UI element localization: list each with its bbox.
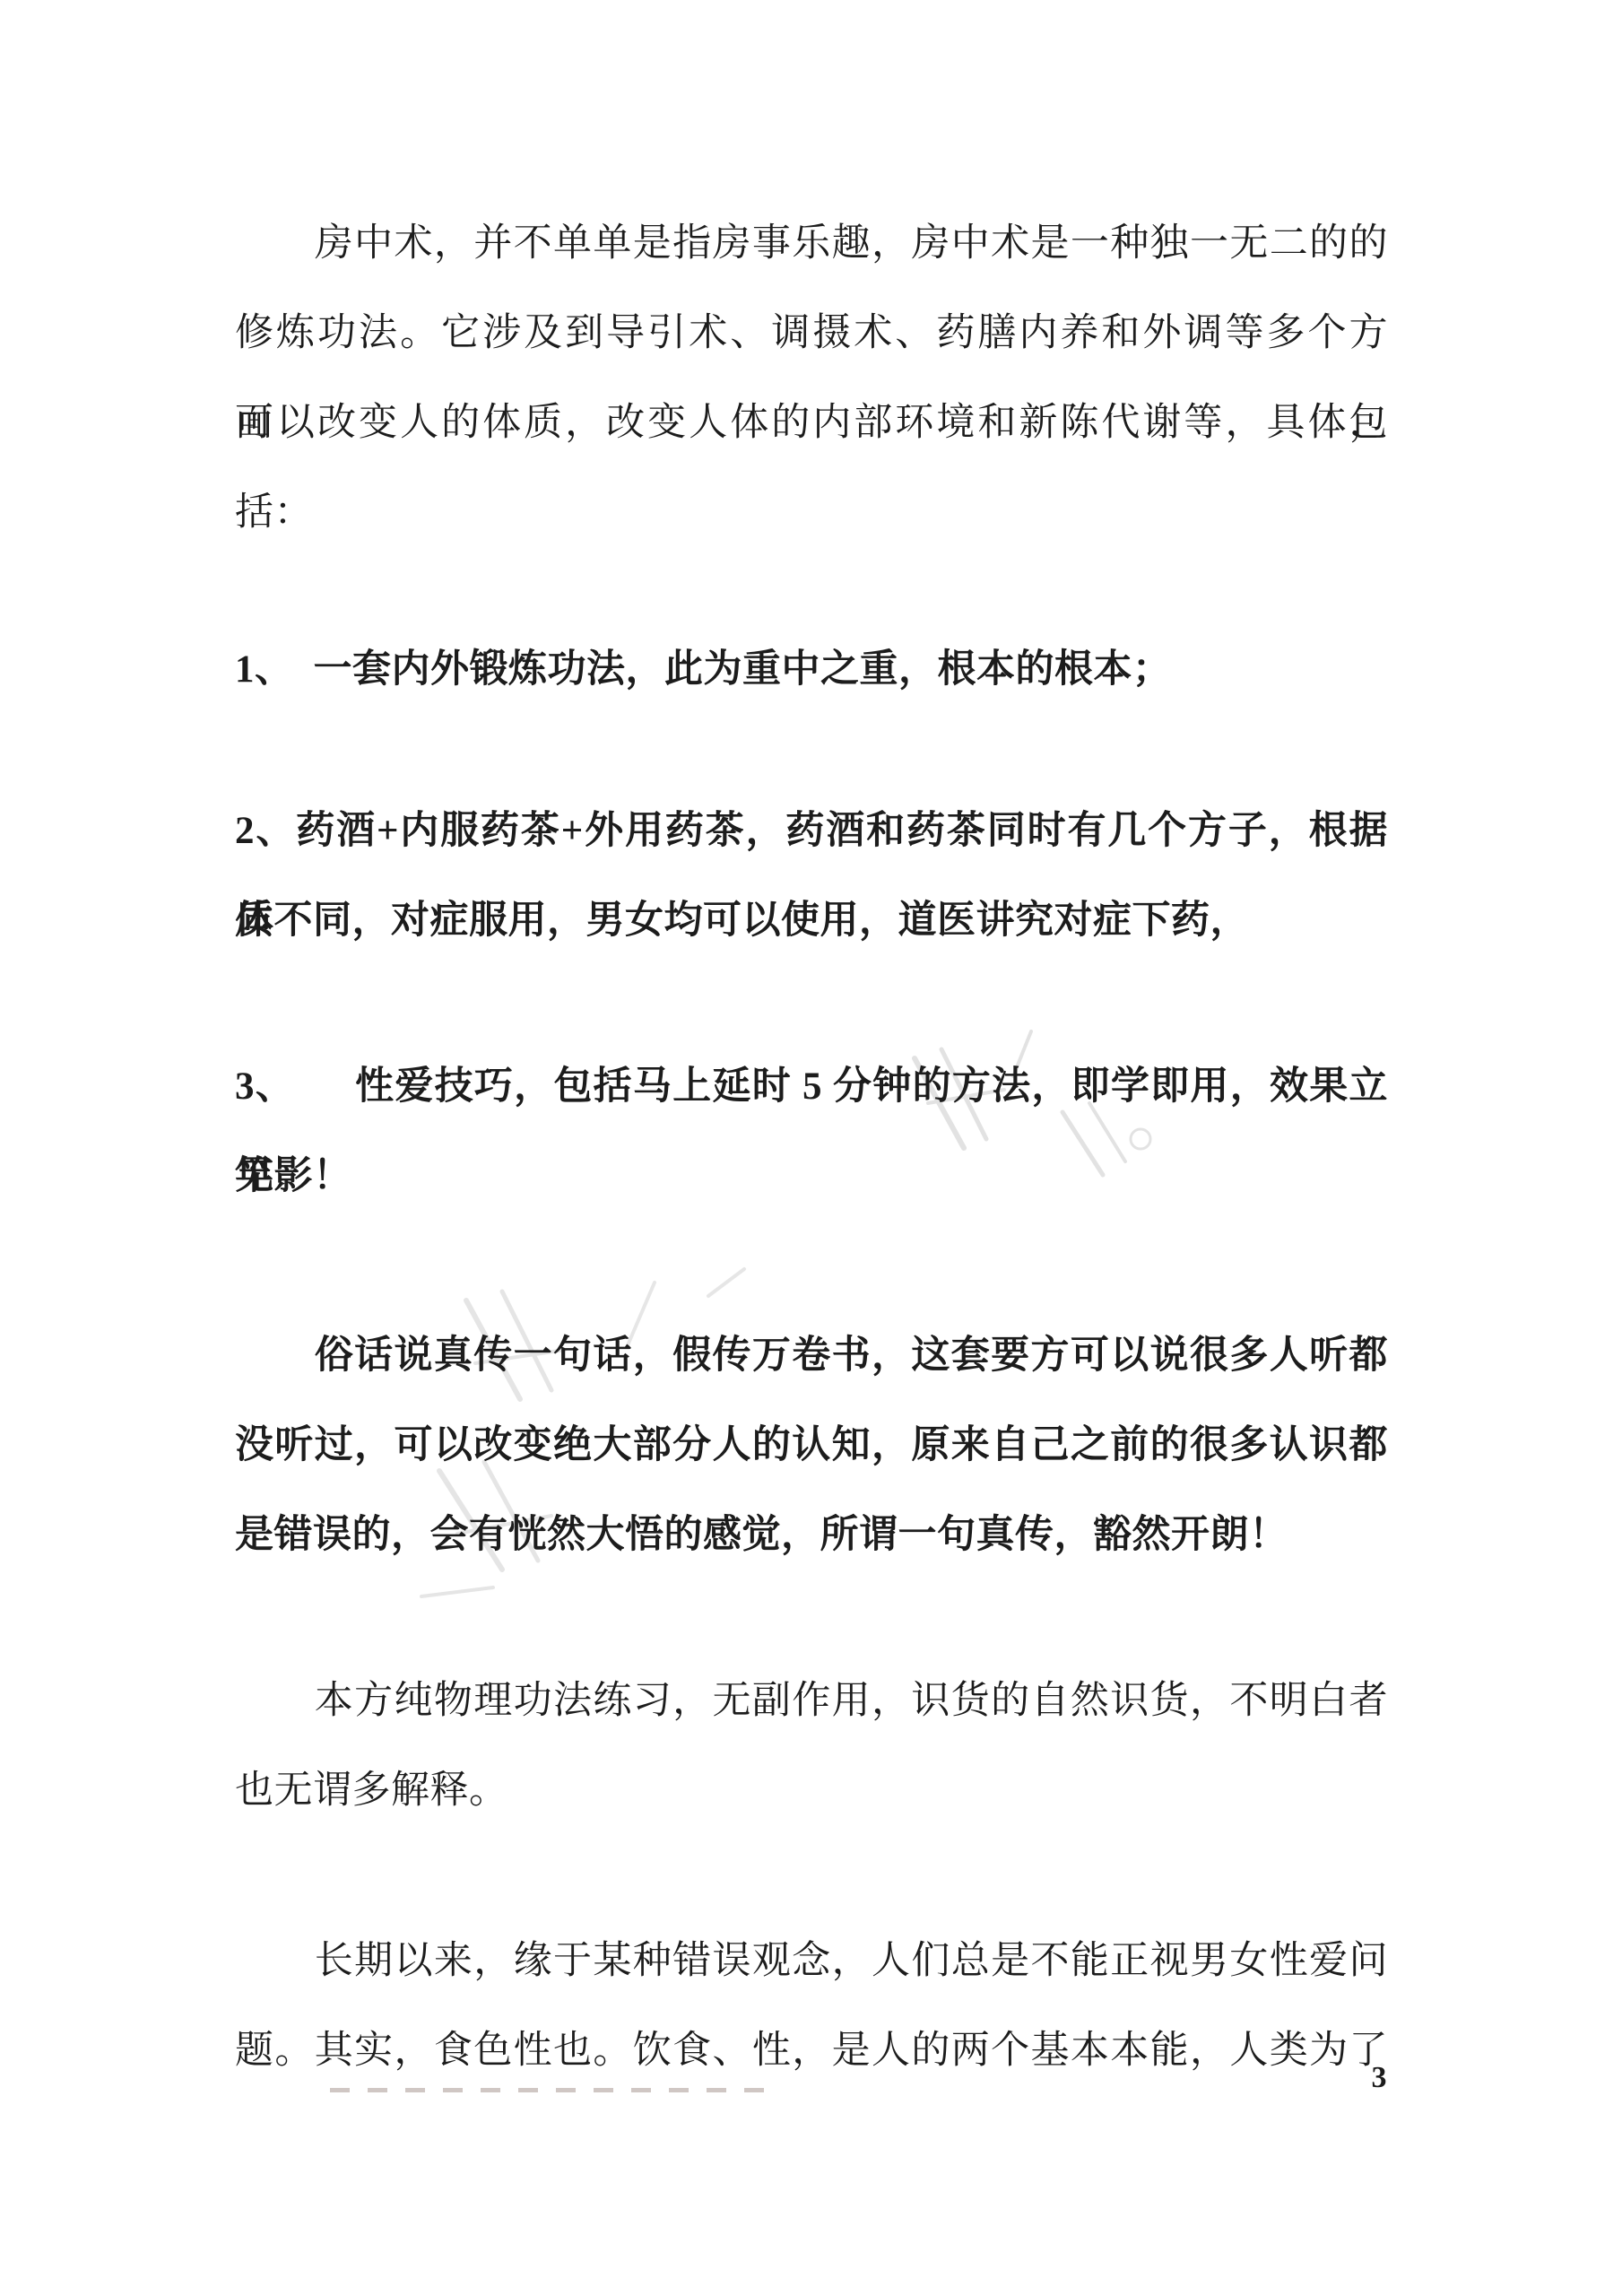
paragraph-item-2: 2、药酒+内服药茶+外用药茶，药酒和药茶同时有几个方子，根据体质不同，对症服用，…: [235, 787, 1388, 966]
paragraph-intro: 房中术，并不单单是指房事乐趣，房中术是一种独一无二的的修炼功法。它涉及到导引术、…: [235, 199, 1388, 468]
text-line: 俗话说真传一句话，假传万卷书，这套要方可以说很多人听都: [235, 1311, 1388, 1401]
text-line: 是错误的，会有恍然大悟的感觉，所谓一句真传，豁然开朗！: [235, 1491, 1388, 1580]
text-line: 长期以来，缘于某种错误观念，人们总是不能正视男女性爱问: [235, 1917, 1388, 2006]
text-line: 2、药酒+内服药茶+外用药茶，药酒和药茶同时有几个方子，根据体: [235, 787, 1388, 876]
paragraph-emphasis: 俗话说真传一句话，假传万卷书，这套要方可以说很多人听都没听过，可以改变绝大部分人…: [235, 1311, 1388, 1580]
paragraph-item-1: 1、 一套内外锻炼功法，此为重中之重，根本的根本；: [235, 625, 1388, 715]
text-line: 也无谓多解释。: [235, 1746, 1388, 1836]
text-line: 见影！: [235, 1132, 1388, 1222]
text-line: 质不同，对症服用，男女均可以使用，道医讲究对症下药，: [235, 876, 1388, 966]
text-line: 房中术，并不单单是指房事乐趣，房中术是一种独一无二的的: [235, 199, 1388, 289]
document-body: 房中术，并不单单是指房事乐趣，房中术是一种独一无二的的修炼功法。它涉及到导引术、…: [235, 199, 1388, 2096]
page-number: 3: [1361, 2058, 1397, 2098]
text-line: 题。其实，食色性也。饮食、性，是人的两个基本本能，人类为了: [235, 2006, 1388, 2096]
text-line: 本方纯物理功法练习，无副作用，识货的自然识货，不明白者: [235, 1657, 1388, 1746]
text-line: 1、 一套内外锻炼功法，此为重中之重，根本的根本；: [235, 625, 1388, 715]
text-line: 修炼功法。它涉及到导引术、调摄术、药膳内养和外调等多个方面，: [235, 289, 1388, 378]
paragraph-item-3: 3、 性爱技巧，包括马上延时 5 分钟的方法，即学即用，效果立竿见影！: [235, 1042, 1388, 1222]
text-line: 3、 性爱技巧，包括马上延时 5 分钟的方法，即学即用，效果立竿: [235, 1042, 1388, 1132]
paragraph-note: 本方纯物理功法练习，无副作用，识货的自然识货，不明白者也无谓多解释。: [235, 1657, 1388, 1836]
text-line: 可以改变人的体质，改变人体的内部环境和新陈代谢等，具体包括：: [235, 378, 1388, 468]
document-page: { "page": { "background": "#ffffff", "te…: [0, 0, 1622, 2296]
text-line: 没听过，可以改变绝大部分人的认知，原来自己之前的很多认识都: [235, 1401, 1388, 1491]
paragraph-closing: 长期以来，缘于某种错误观念，人们总是不能正视男女性爱问题。其实，食色性也。饮食、…: [235, 1917, 1388, 2096]
cutoff-text-remnant: [330, 2088, 778, 2092]
